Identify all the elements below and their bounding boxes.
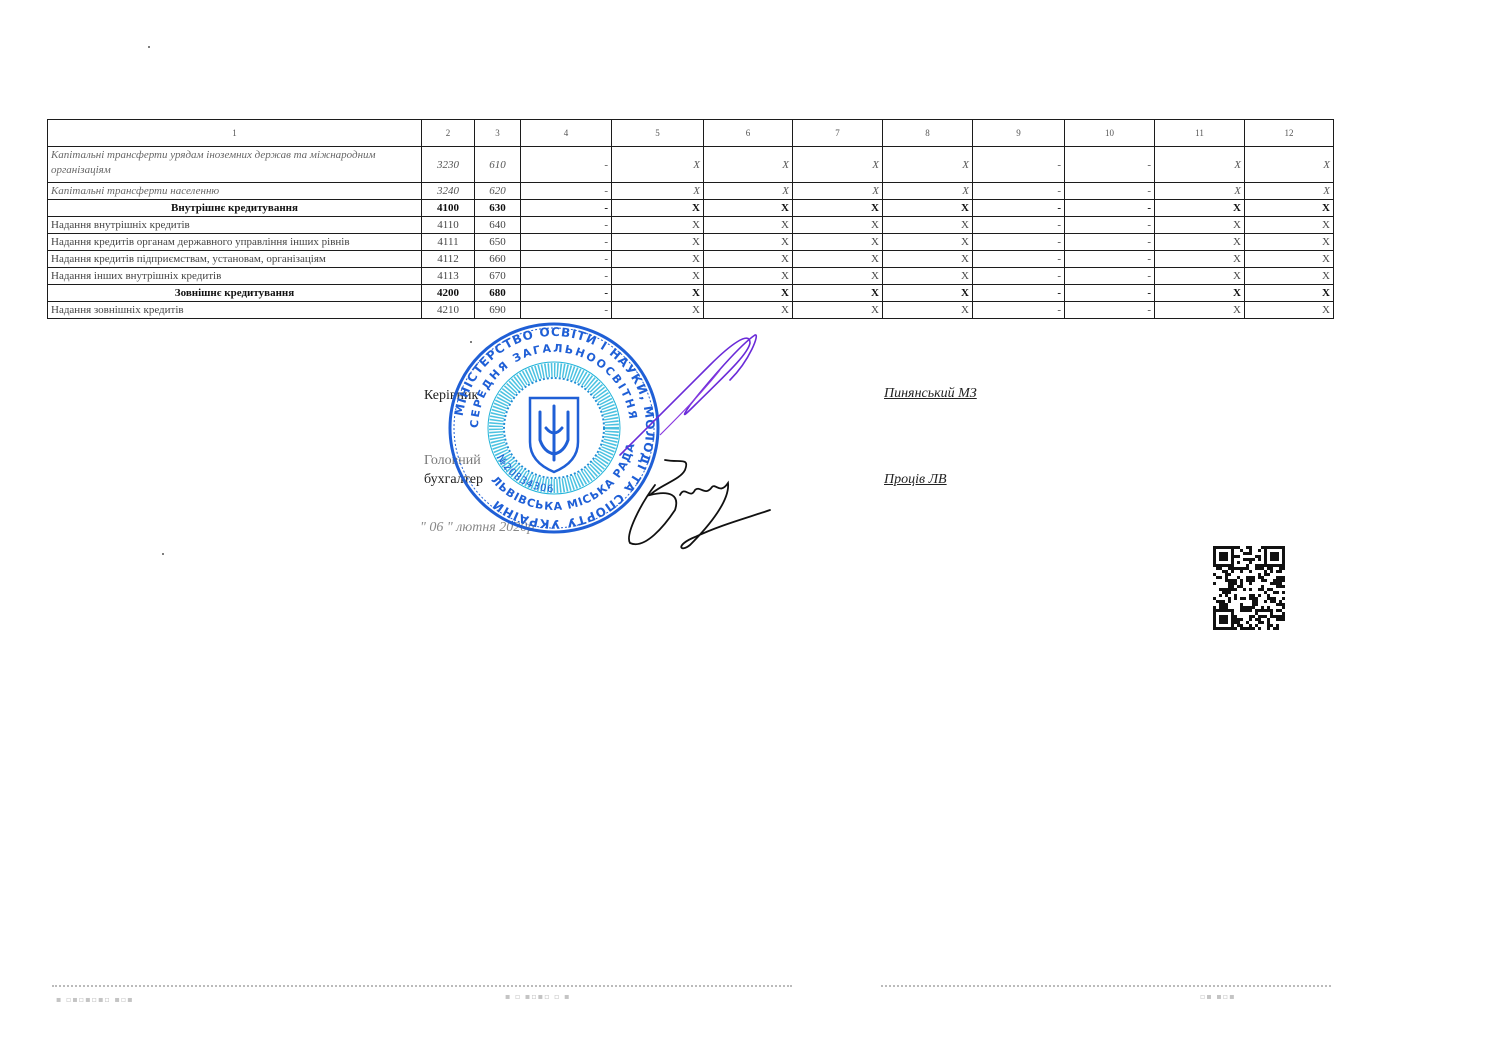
- row-value: X: [883, 302, 973, 319]
- row-value: X: [612, 183, 704, 200]
- row-value: X: [883, 147, 973, 183]
- row-value: X: [1245, 200, 1334, 217]
- row-value: X: [883, 285, 973, 302]
- column-header-3: 3: [475, 120, 521, 147]
- column-header-11: 11: [1155, 120, 1245, 147]
- table-row: Надання інших внутрішніх кредитів4113670…: [48, 268, 1334, 285]
- row-code: 4200: [422, 285, 475, 302]
- column-header-7: 7: [793, 120, 883, 147]
- column-header-10: 10: [1065, 120, 1155, 147]
- row-value: X: [704, 217, 793, 234]
- row-value: -: [521, 285, 612, 302]
- column-header-5: 5: [612, 120, 704, 147]
- row-value: X: [1245, 251, 1334, 268]
- accountant-signature-icon: [620, 455, 780, 555]
- report-table: 123456789101112 Капітальні трансферти ур…: [47, 119, 1334, 319]
- row-value: X: [1155, 200, 1245, 217]
- footer-divider-right: [881, 985, 1331, 987]
- accountant-name: Проців ЛВ: [884, 472, 947, 488]
- row-value: -: [1065, 183, 1155, 200]
- table-row: Надання внутрішніх кредитів4110640-XXXX-…: [48, 217, 1334, 234]
- row-line-code: 620: [475, 183, 521, 200]
- row-line-code: 680: [475, 285, 521, 302]
- footer-mark: ▪ ▫▪▫▪▫▪▫ ▪▫▪: [56, 995, 134, 1004]
- row-value: X: [1245, 285, 1334, 302]
- row-name: Надання кредитів органам державного упра…: [48, 234, 422, 251]
- row-line-code: 660: [475, 251, 521, 268]
- qr-code-icon: [1213, 546, 1285, 630]
- row-value: X: [883, 234, 973, 251]
- row-name: Надання внутрішніх кредитів: [48, 217, 422, 234]
- row-value: X: [612, 147, 704, 183]
- row-value: -: [973, 147, 1065, 183]
- footer-divider-left: [52, 985, 792, 987]
- row-value: X: [704, 234, 793, 251]
- scan-speck: [148, 46, 150, 48]
- row-value: -: [521, 200, 612, 217]
- column-header-2: 2: [422, 120, 475, 147]
- row-value: X: [612, 234, 704, 251]
- row-value: -: [521, 147, 612, 183]
- row-value: -: [1065, 268, 1155, 285]
- row-value: X: [612, 217, 704, 234]
- footer-mark: ▪ ▫ ▪▫▪▫ ▫ ▪: [505, 992, 571, 1001]
- row-value: X: [612, 200, 704, 217]
- row-code: 4113: [422, 268, 475, 285]
- row-name: Внутрішнє кредитування: [48, 200, 422, 217]
- row-line-code: 610: [475, 147, 521, 183]
- row-value: X: [704, 183, 793, 200]
- table-row: Капітальні трансферти урядам іноземних д…: [48, 147, 1334, 183]
- row-name: Капітальні трансферти населенню: [48, 183, 422, 200]
- row-value: -: [521, 217, 612, 234]
- table-row: Надання зовнішніх кредитів4210690-XXXX--…: [48, 302, 1334, 319]
- row-value: X: [1155, 268, 1245, 285]
- row-value: X: [1155, 251, 1245, 268]
- row-value: X: [883, 200, 973, 217]
- row-value: X: [704, 147, 793, 183]
- row-value: -: [973, 268, 1065, 285]
- row-value: X: [1245, 217, 1334, 234]
- row-code: 4210: [422, 302, 475, 319]
- row-line-code: 690: [475, 302, 521, 319]
- row-value: X: [1155, 302, 1245, 319]
- row-name: Капітальні трансферти урядам іноземних д…: [48, 147, 422, 183]
- row-line-code: 670: [475, 268, 521, 285]
- row-code: 4111: [422, 234, 475, 251]
- table-row: Внутрішнє кредитування4100630-XXXX--XX: [48, 200, 1334, 217]
- row-value: X: [612, 268, 704, 285]
- row-value: X: [883, 217, 973, 234]
- row-line-code: 640: [475, 217, 521, 234]
- row-value: -: [973, 200, 1065, 217]
- row-value: X: [1245, 234, 1334, 251]
- table-row: Капітальні трансферти населенню3240620-X…: [48, 183, 1334, 200]
- row-code: 4112: [422, 251, 475, 268]
- scan-speck: [162, 553, 164, 555]
- table-row: Зовнішнє кредитування4200680-XXXX--XX: [48, 285, 1334, 302]
- row-value: X: [883, 251, 973, 268]
- row-value: -: [521, 234, 612, 251]
- row-value: X: [793, 251, 883, 268]
- row-value: X: [883, 183, 973, 200]
- column-header-8: 8: [883, 120, 973, 147]
- row-value: X: [1155, 285, 1245, 302]
- column-header-4: 4: [521, 120, 612, 147]
- row-value: -: [1065, 200, 1155, 217]
- row-value: -: [521, 302, 612, 319]
- row-value: -: [521, 183, 612, 200]
- row-line-code: 630: [475, 200, 521, 217]
- row-name: Надання кредитів підприємствам, установа…: [48, 251, 422, 268]
- row-value: X: [793, 217, 883, 234]
- row-value: X: [612, 251, 704, 268]
- row-value: X: [793, 147, 883, 183]
- row-value: -: [973, 234, 1065, 251]
- row-name: Зовнішнє кредитування: [48, 285, 422, 302]
- row-value: -: [521, 268, 612, 285]
- row-value: X: [1155, 183, 1245, 200]
- row-value: X: [1245, 302, 1334, 319]
- row-value: X: [793, 183, 883, 200]
- row-code: 4110: [422, 217, 475, 234]
- table-header-row: 123456789101112: [48, 120, 1334, 147]
- row-value: X: [704, 302, 793, 319]
- row-value: X: [1245, 183, 1334, 200]
- row-value: -: [973, 285, 1065, 302]
- column-header-6: 6: [704, 120, 793, 147]
- column-header-1: 1: [48, 120, 422, 147]
- row-value: X: [1155, 234, 1245, 251]
- row-value: -: [1065, 234, 1155, 251]
- head-signature-icon: [600, 325, 770, 465]
- row-value: X: [793, 234, 883, 251]
- row-value: -: [1065, 302, 1155, 319]
- row-value: -: [1065, 251, 1155, 268]
- table-row: Надання кредитів органам державного упра…: [48, 234, 1334, 251]
- row-value: X: [612, 302, 704, 319]
- row-value: X: [793, 200, 883, 217]
- head-name: Пинянський МЗ: [884, 386, 977, 402]
- row-code: 3230: [422, 147, 475, 183]
- row-value: X: [704, 285, 793, 302]
- row-value: -: [973, 183, 1065, 200]
- row-name: Надання зовнішніх кредитів: [48, 302, 422, 319]
- row-line-code: 650: [475, 234, 521, 251]
- table-row: Надання кредитів підприємствам, установа…: [48, 251, 1334, 268]
- footer-mark: ▫▪ ▪▫▪: [1200, 992, 1236, 1001]
- row-value: X: [793, 268, 883, 285]
- row-value: X: [704, 200, 793, 217]
- row-value: X: [1245, 268, 1334, 285]
- row-value: X: [612, 285, 704, 302]
- row-value: X: [1155, 217, 1245, 234]
- row-value: X: [704, 268, 793, 285]
- row-value: X: [793, 302, 883, 319]
- row-value: X: [1245, 147, 1334, 183]
- row-code: 3240: [422, 183, 475, 200]
- row-value: X: [883, 268, 973, 285]
- column-header-12: 12: [1245, 120, 1334, 147]
- column-header-9: 9: [973, 120, 1065, 147]
- row-value: X: [704, 251, 793, 268]
- row-value: X: [1155, 147, 1245, 183]
- row-name: Надання інших внутрішніх кредитів: [48, 268, 422, 285]
- row-value: -: [1065, 147, 1155, 183]
- row-value: X: [793, 285, 883, 302]
- row-code: 4100: [422, 200, 475, 217]
- row-value: -: [1065, 217, 1155, 234]
- row-value: -: [973, 302, 1065, 319]
- row-value: -: [1065, 285, 1155, 302]
- row-value: -: [973, 251, 1065, 268]
- row-value: -: [521, 251, 612, 268]
- row-value: -: [973, 217, 1065, 234]
